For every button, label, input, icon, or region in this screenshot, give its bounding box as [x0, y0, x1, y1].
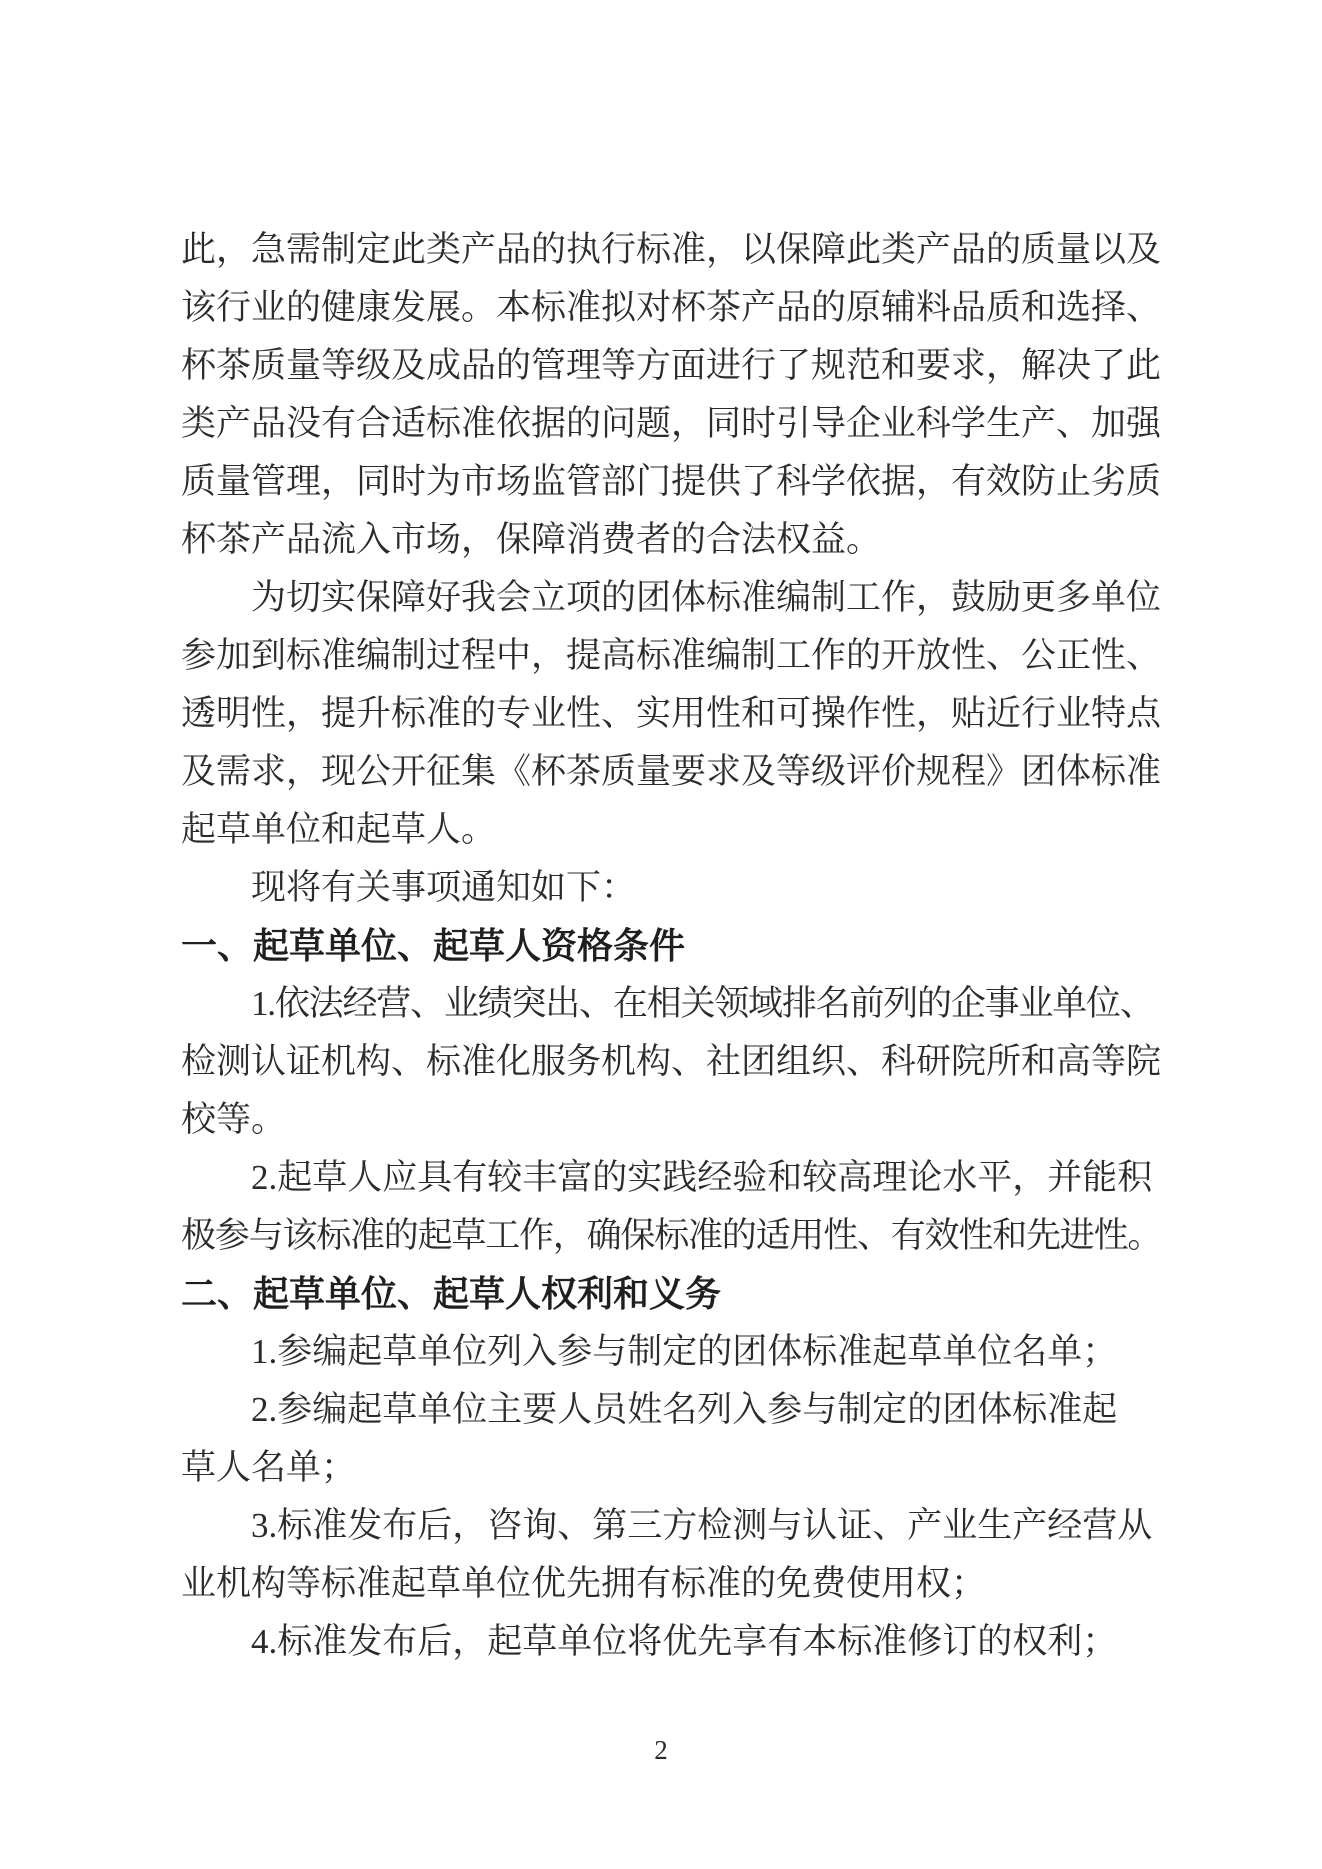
text-line: 此，急需制定此类产品的执行标准，以保障此类产品的质量以及	[181, 221, 1163, 279]
text-line: 杯茶产品流入市场，保障消费者的合法权益。	[181, 511, 1163, 569]
section-heading: 二、起草单位、起草人权利和义务	[181, 1265, 1163, 1323]
text-line: 透明性，提升标准的专业性、实用性和可操作性，贴近行业特点	[181, 685, 1163, 743]
text-line: 2.参编起草单位主要人员姓名列入参与制定的团体标准起	[181, 1381, 1163, 1439]
text-line: 质量管理，同时为市场监管部门提供了科学依据，有效防止劣质	[181, 453, 1163, 511]
text-line: 该行业的健康发展。本标准拟对杯茶产品的原辅料品质和选择、	[181, 279, 1163, 337]
text-line: 类产品没有合适标准依据的问题，同时引导企业科学生产、加强	[181, 395, 1163, 453]
text-line: 1.依法经营、业绩突出、在相关领域排名前列的企事业单位、	[181, 975, 1163, 1033]
document-page: 此，急需制定此类产品的执行标准，以保障此类产品的质量以及该行业的健康发展。本标准…	[0, 0, 1322, 1869]
text-block: 此，急需制定此类产品的执行标准，以保障此类产品的质量以及该行业的健康发展。本标准…	[181, 221, 1163, 1671]
text-line: 极参与该标准的起草工作，确保标准的适用性、有效性和先进性。	[181, 1207, 1163, 1265]
text-line: 杯茶质量等级及成品的管理等方面进行了规范和要求，解决了此	[181, 337, 1163, 395]
text-line: 业机构等标准起草单位优先拥有标准的免费使用权；	[181, 1555, 1163, 1613]
text-line: 参加到标准编制过程中，提高标准编制工作的开放性、公正性、	[181, 627, 1163, 685]
text-line: 为切实保障好我会立项的团体标准编制工作，鼓励更多单位	[181, 569, 1163, 627]
text-line: 草人名单；	[181, 1439, 1163, 1497]
text-line: 3.标准发布后，咨询、第三方检测与认证、产业生产经营从	[181, 1497, 1163, 1555]
text-line: 及需求，现公开征集《杯茶质量要求及等级评价规程》团体标准	[181, 743, 1163, 801]
page-number: 2	[0, 1730, 1322, 1770]
text-line: 校等。	[181, 1091, 1163, 1149]
section-heading: 一、起草单位、起草人资格条件	[181, 917, 1163, 975]
text-line: 起草单位和起草人。	[181, 801, 1163, 859]
text-line: 现将有关事项通知如下：	[181, 859, 1163, 917]
text-line: 检测认证机构、标准化服务机构、社团组织、科研院所和高等院	[181, 1033, 1163, 1091]
text-line: 2.起草人应具有较丰富的实践经验和较高理论水平，并能积	[181, 1149, 1163, 1207]
text-line: 1.参编起草单位列入参与制定的团体标准起草单位名单；	[181, 1323, 1163, 1381]
text-line: 4.标准发布后，起草单位将优先享有本标准修订的权利；	[181, 1613, 1163, 1671]
